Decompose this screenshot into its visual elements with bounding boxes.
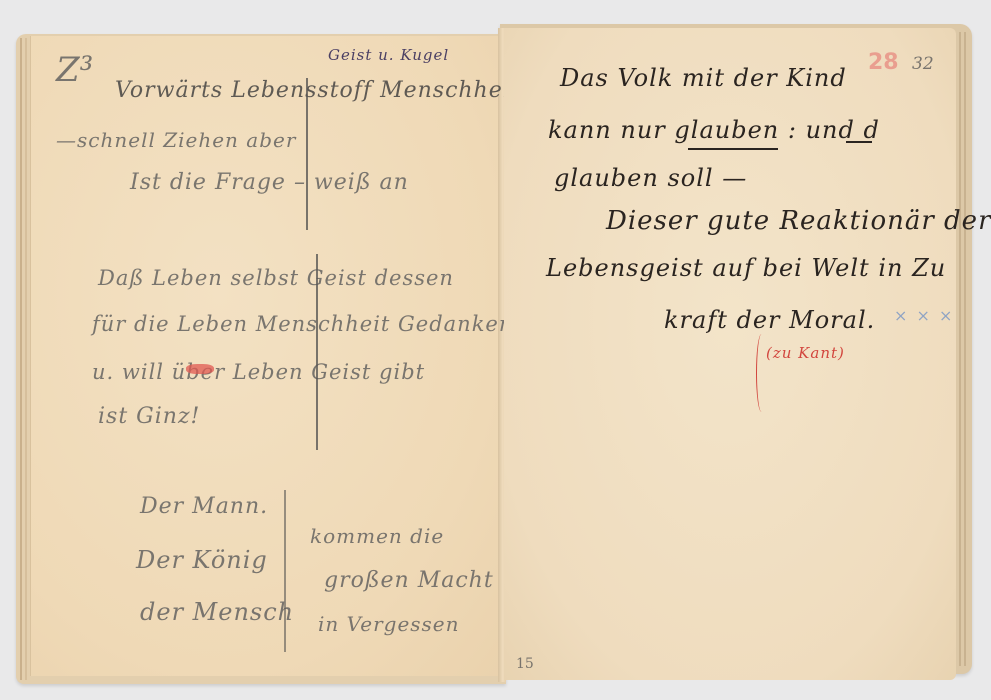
handwritten-line: großen Macht — [324, 568, 494, 593]
handwritten-line: Lebensgeist auf bei Welt in Zu — [546, 254, 946, 282]
handwritten-line: für die Leben Menschheit Gedanken — [92, 312, 513, 336]
page-edge — [25, 38, 27, 680]
handwritten-line: Ist die Frage – weiß an — [130, 170, 409, 195]
top-annotation: Geist u. Kugel — [328, 46, 449, 64]
handwritten-line: ist Ginz! — [98, 404, 200, 429]
handwritten-line: glauben soll — — [554, 164, 747, 192]
heading-marker: Z³ — [56, 50, 93, 90]
underline — [846, 141, 872, 143]
handwritten-line: Dieser gute Reaktionär der — [606, 206, 991, 236]
red-mark — [186, 364, 214, 374]
divider-line — [316, 254, 318, 450]
handwritten-line: Der Mann. — [140, 494, 268, 519]
divider-line — [306, 78, 308, 230]
handwritten-line: in Vergessen — [318, 612, 460, 636]
handwritten-line: der Mensch — [140, 598, 294, 626]
page-number: 32 — [912, 54, 934, 74]
page-edge — [964, 32, 966, 666]
handwritten-line: —schnell Ziehen aber — [56, 128, 296, 152]
folio-number: 15 — [516, 656, 534, 672]
handwritten-line: kommen die — [310, 524, 444, 548]
handwritten-line: Daß Leben selbst Geist dessen — [98, 266, 454, 290]
divider-line — [284, 490, 286, 652]
blue-marks: × × × — [894, 306, 954, 325]
red-note: (zu Kant) — [766, 344, 845, 362]
handwritten-line: Vorwärts Lebensstoff Menschheiten — [115, 78, 550, 103]
old-page-number: 28 — [868, 50, 899, 75]
handwritten-line: Der König — [136, 546, 268, 574]
underline — [688, 148, 778, 150]
notebook-spread: Z³ Geist u. Kugel Vorwärts Lebensstoff M… — [0, 0, 991, 700]
page-edge — [959, 32, 961, 666]
handwritten-line: u. will über Leben Geist gibt — [92, 360, 425, 384]
handwritten-line: kann nur glauben : und d — [548, 116, 880, 144]
handwritten-line: Das Volk mit der Kind — [560, 64, 847, 92]
page-edge — [20, 38, 22, 680]
handwritten-line: kraft der Moral. — [664, 306, 875, 334]
